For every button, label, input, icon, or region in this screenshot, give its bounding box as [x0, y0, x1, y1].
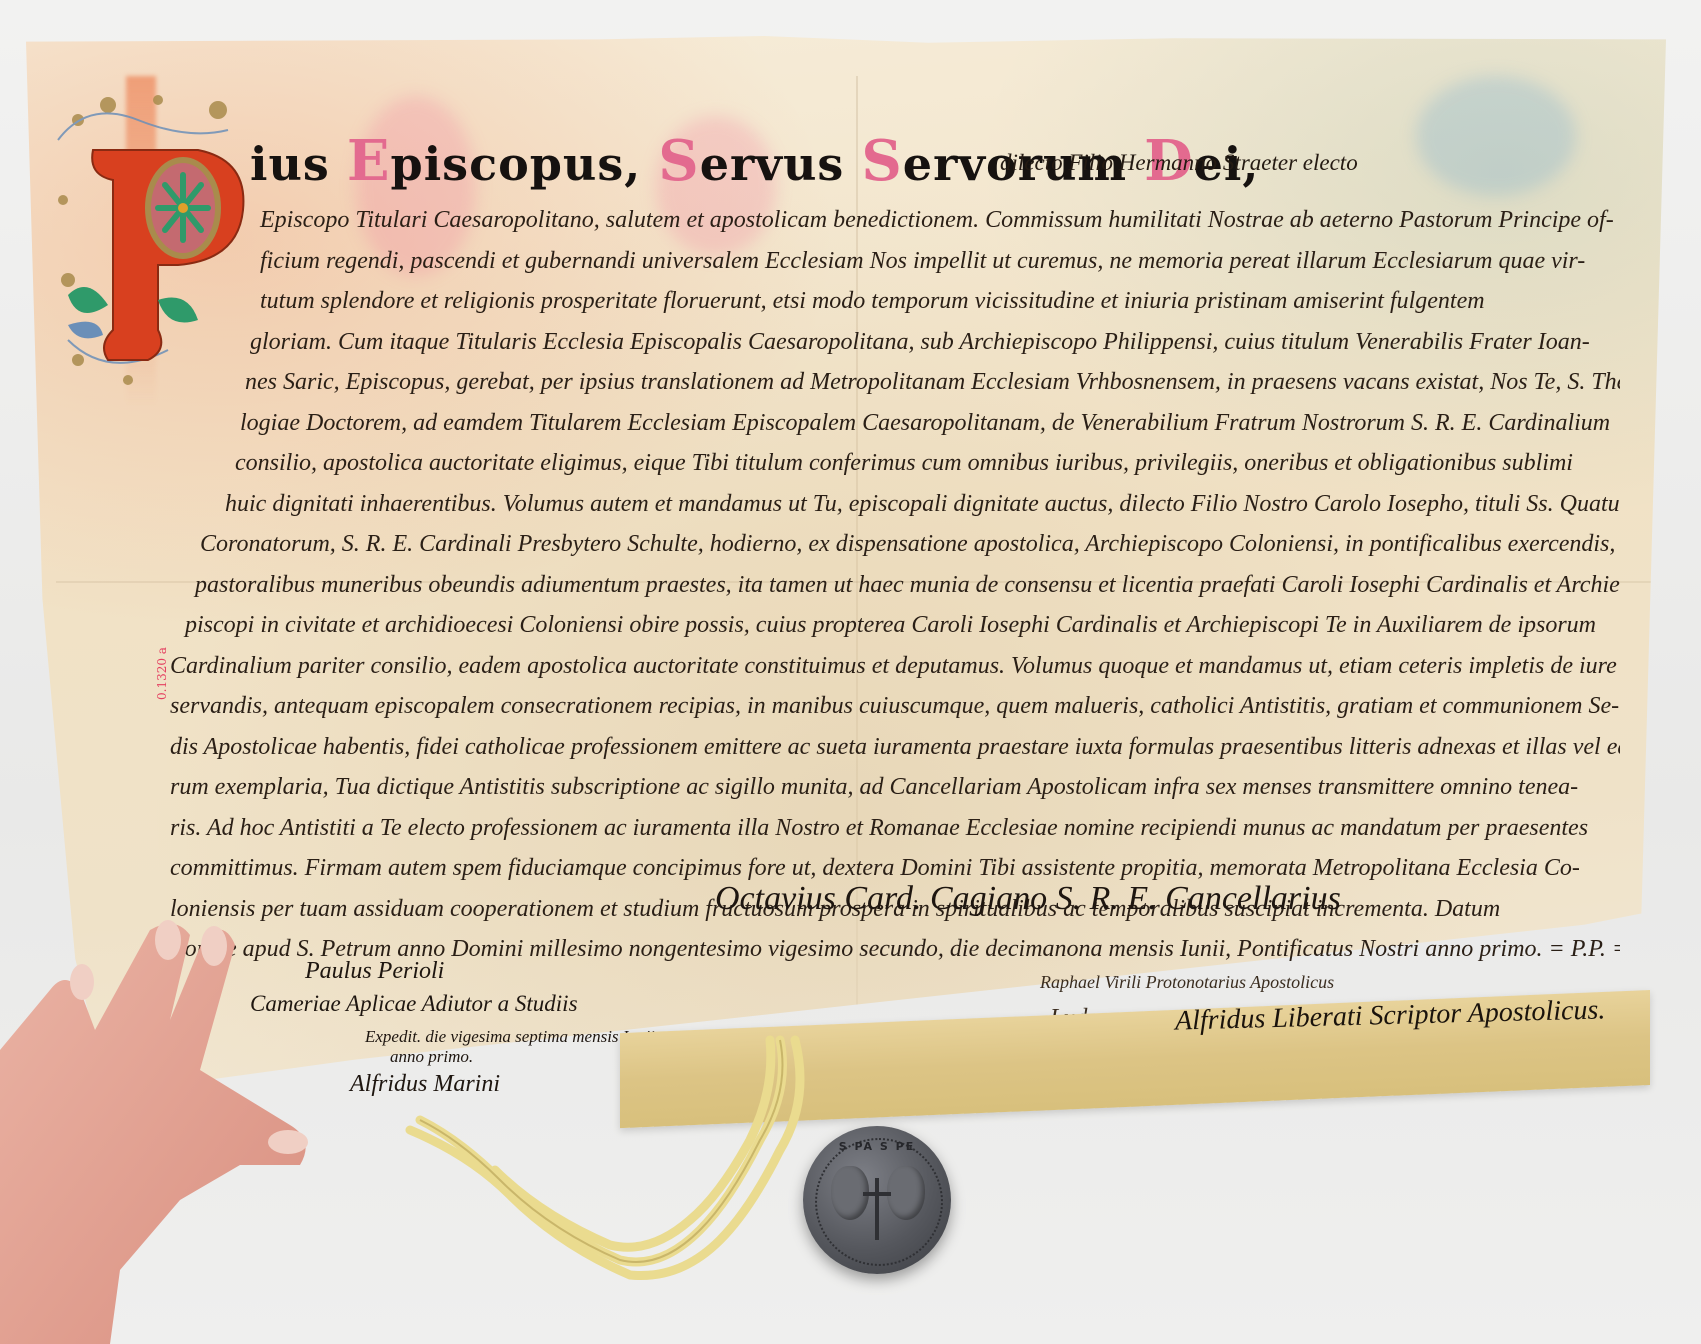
body-line: consilio, apostolica auctoritate eligimu…: [160, 443, 1620, 484]
body-line: servandis, antequam episcopalem consecra…: [160, 686, 1620, 727]
body-line: nes Saric, Episcopus, gerebat, per ipsiu…: [160, 362, 1620, 403]
hand-icon: [0, 910, 330, 1344]
body-line: dis Apostolicae habentis, fidei catholic…: [160, 727, 1620, 768]
body-line: pastoralibus muneribus obeundis adiument…: [160, 565, 1620, 606]
lead-seal: S PA S PE: [803, 1126, 951, 1274]
body-line: ficium regendi, pascendi et gubernandi u…: [160, 241, 1620, 282]
title-word-episcopus: piscopus,: [391, 137, 659, 191]
saint-peter-head-icon: [887, 1166, 925, 1220]
rubric-capital-e: E: [347, 128, 391, 194]
body-line: Cardinalium pariter consilio, eadem apos…: [160, 646, 1620, 687]
margin-note: 0.1320 a: [155, 647, 169, 700]
title-word-servus: ervus: [700, 137, 862, 191]
body-line: huic dignitati inhaerentibus. Volumus au…: [160, 484, 1620, 525]
rubric-capital-s: S: [658, 128, 699, 194]
body-line: Coronatorum, S. R. E. Cardinali Presbyte…: [160, 524, 1620, 565]
body-line: logiae Doctorem, ad eamdem Titularem Ecc…: [160, 403, 1620, 444]
protonotary-signature: Raphael Virili Protonotarius Apostolicus: [1040, 972, 1334, 993]
seal-legend: S PA S PE: [803, 1140, 951, 1153]
body-line: piscopi in civitate et archidioecesi Col…: [160, 605, 1620, 646]
addressee-line: dilecto Filio Hermanno Straeter electo: [1000, 150, 1358, 176]
signature-perioli: Paulus Perioli: [305, 958, 655, 985]
chancellor-signature: Octavius Card. Cagiano S. R. E. Cancella…: [715, 880, 1341, 918]
cross-icon: [875, 1178, 879, 1240]
title-word-ius: ius: [250, 137, 347, 191]
body-line: ris. Ad hoc Antistiti a Te electo profes…: [160, 808, 1620, 849]
cross-icon: [863, 1192, 891, 1196]
body-line: tutum splendore et religionis prosperita…: [160, 281, 1620, 322]
rubric-capital-s: S: [861, 128, 902, 194]
body-line: rum exemplaria, Tua dictique Antistitis …: [160, 767, 1620, 808]
blue-stain: [1416, 76, 1576, 196]
document-body: Episcopo Titulari Caesaropolitano, salut…: [160, 200, 1620, 970]
body-line: Episcopo Titulari Caesaropolitano, salut…: [160, 200, 1620, 241]
body-line: gloriam. Cum itaque Titularis Ecclesia E…: [160, 322, 1620, 363]
